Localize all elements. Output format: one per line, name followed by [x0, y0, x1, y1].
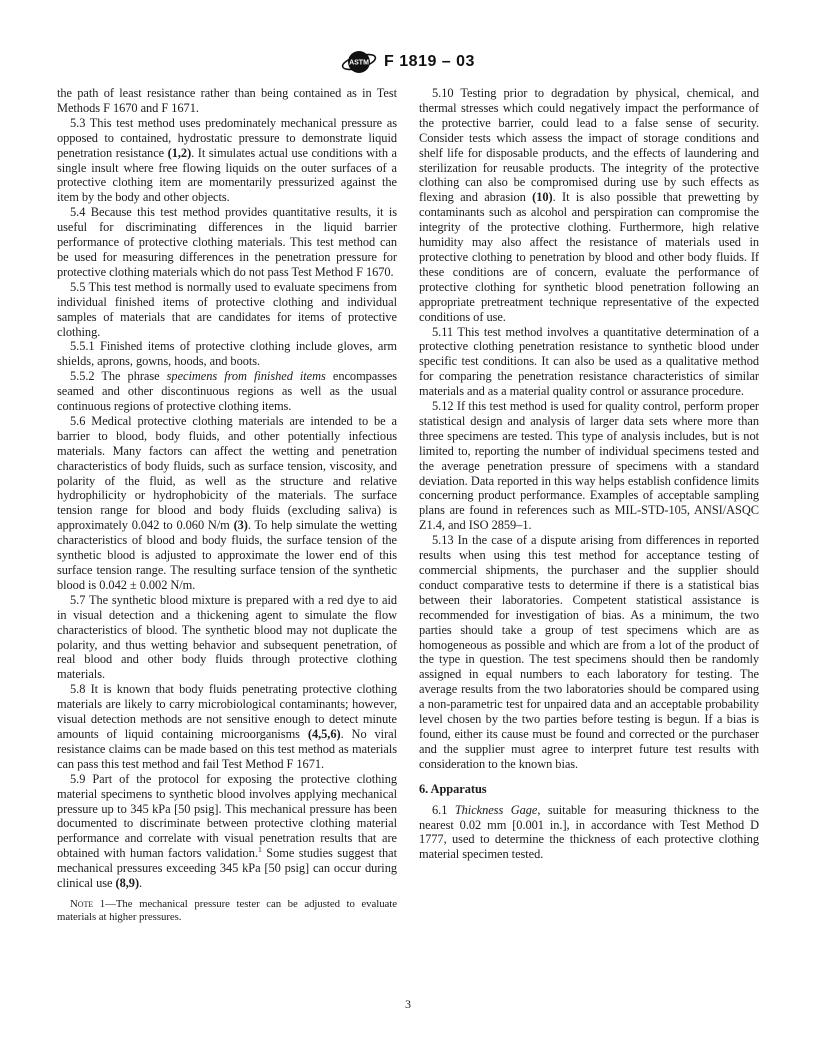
- text-run: . It is also possible that prewetting by…: [419, 190, 759, 323]
- bold-reference-run: (1,2): [168, 146, 192, 160]
- text-run: 5.6 Medical protective clothing material…: [57, 414, 397, 532]
- bold-reference-run: (10): [532, 190, 552, 204]
- italic-term-run: Thickness Gage: [455, 803, 538, 817]
- text-run: 1—The mechanical pressure tester can be …: [57, 898, 397, 923]
- text-run: 5.7 The synthetic blood mixture is prepa…: [57, 593, 397, 682]
- bold-reference-run: (4,5,6): [308, 727, 341, 741]
- text-run: 5.12 If this test method is used for qua…: [419, 399, 759, 532]
- text-run: 5.13 In the case of a dispute arising fr…: [419, 533, 759, 771]
- note-1-paragraph: Note 1—The mechanical pressure tester ca…: [57, 898, 397, 924]
- text-run: 6.1: [432, 803, 455, 817]
- document-page: ASTM F 1819 – 03 the path of least resis…: [0, 0, 816, 1056]
- paragraph-5-2-continuation: the path of least resistance rather than…: [57, 86, 397, 116]
- paragraph-5-9: 5.9 Part of the protocol for exposing th…: [57, 772, 397, 891]
- document-header: ASTM F 1819 – 03: [0, 48, 816, 76]
- doc-number: F 1819 – 03: [384, 53, 475, 71]
- paragraph-5-13: 5.13 In the case of a dispute arising fr…: [419, 533, 759, 772]
- paragraph-5-7: 5.7 The synthetic blood mixture is prepa…: [57, 593, 397, 682]
- section-heading-apparatus: 6. Apparatus: [419, 782, 759, 797]
- text-run: .: [139, 876, 142, 890]
- paragraph-5-12: 5.12 If this test method is used for qua…: [419, 399, 759, 533]
- heading-text: 6. Apparatus: [419, 782, 487, 796]
- paragraph-5-3: 5.3 This test method uses predominately …: [57, 116, 397, 205]
- page-number: 3: [405, 997, 411, 1011]
- footer: 3: [0, 997, 816, 1012]
- bold-reference-run: (8,9): [116, 876, 140, 890]
- document-body: the path of least resistance rather than…: [57, 86, 759, 924]
- astm-logo-icon: ASTM: [341, 48, 377, 76]
- text-run: 5.11 This test method involves a quantit…: [419, 325, 759, 399]
- text-run: 5.5.2 The phrase: [70, 369, 167, 383]
- paragraph-5-6: 5.6 Medical protective clothing material…: [57, 414, 397, 593]
- text-run: the path of least resistance rather than…: [57, 86, 397, 115]
- right-column: 5.10 Testing prior to degradation by phy…: [419, 86, 759, 924]
- left-column: the path of least resistance rather than…: [57, 86, 397, 924]
- bold-reference-run: (3): [234, 518, 248, 532]
- note-label-run: Note: [70, 898, 93, 910]
- paragraph-6-1: 6.1 Thickness Gage, suitable for measuri…: [419, 803, 759, 863]
- paragraph-5-8: 5.8 It is known that body fluids penetra…: [57, 682, 397, 771]
- paragraph-5-10: 5.10 Testing prior to degradation by phy…: [419, 86, 759, 325]
- text-run: 5.5 This test method is normally used to…: [57, 280, 397, 339]
- italic-phrase-run: specimens from finished items: [167, 369, 326, 383]
- text-run: 5.5.1 Finished items of protective cloth…: [57, 339, 397, 368]
- text-run: 5.10 Testing prior to degradation by phy…: [419, 86, 759, 204]
- paragraph-5-11: 5.11 This test method involves a quantit…: [419, 325, 759, 400]
- paragraph-5-5-1: 5.5.1 Finished items of protective cloth…: [57, 339, 397, 369]
- paragraph-5-4: 5.4 Because this test method provides qu…: [57, 205, 397, 280]
- astm-logo-text: ASTM: [349, 60, 369, 67]
- paragraph-5-5-2: 5.5.2 The phrase specimens from finished…: [57, 369, 397, 414]
- text-run: 5.4 Because this test method provides qu…: [57, 205, 397, 279]
- paragraph-5-5: 5.5 This test method is normally used to…: [57, 280, 397, 340]
